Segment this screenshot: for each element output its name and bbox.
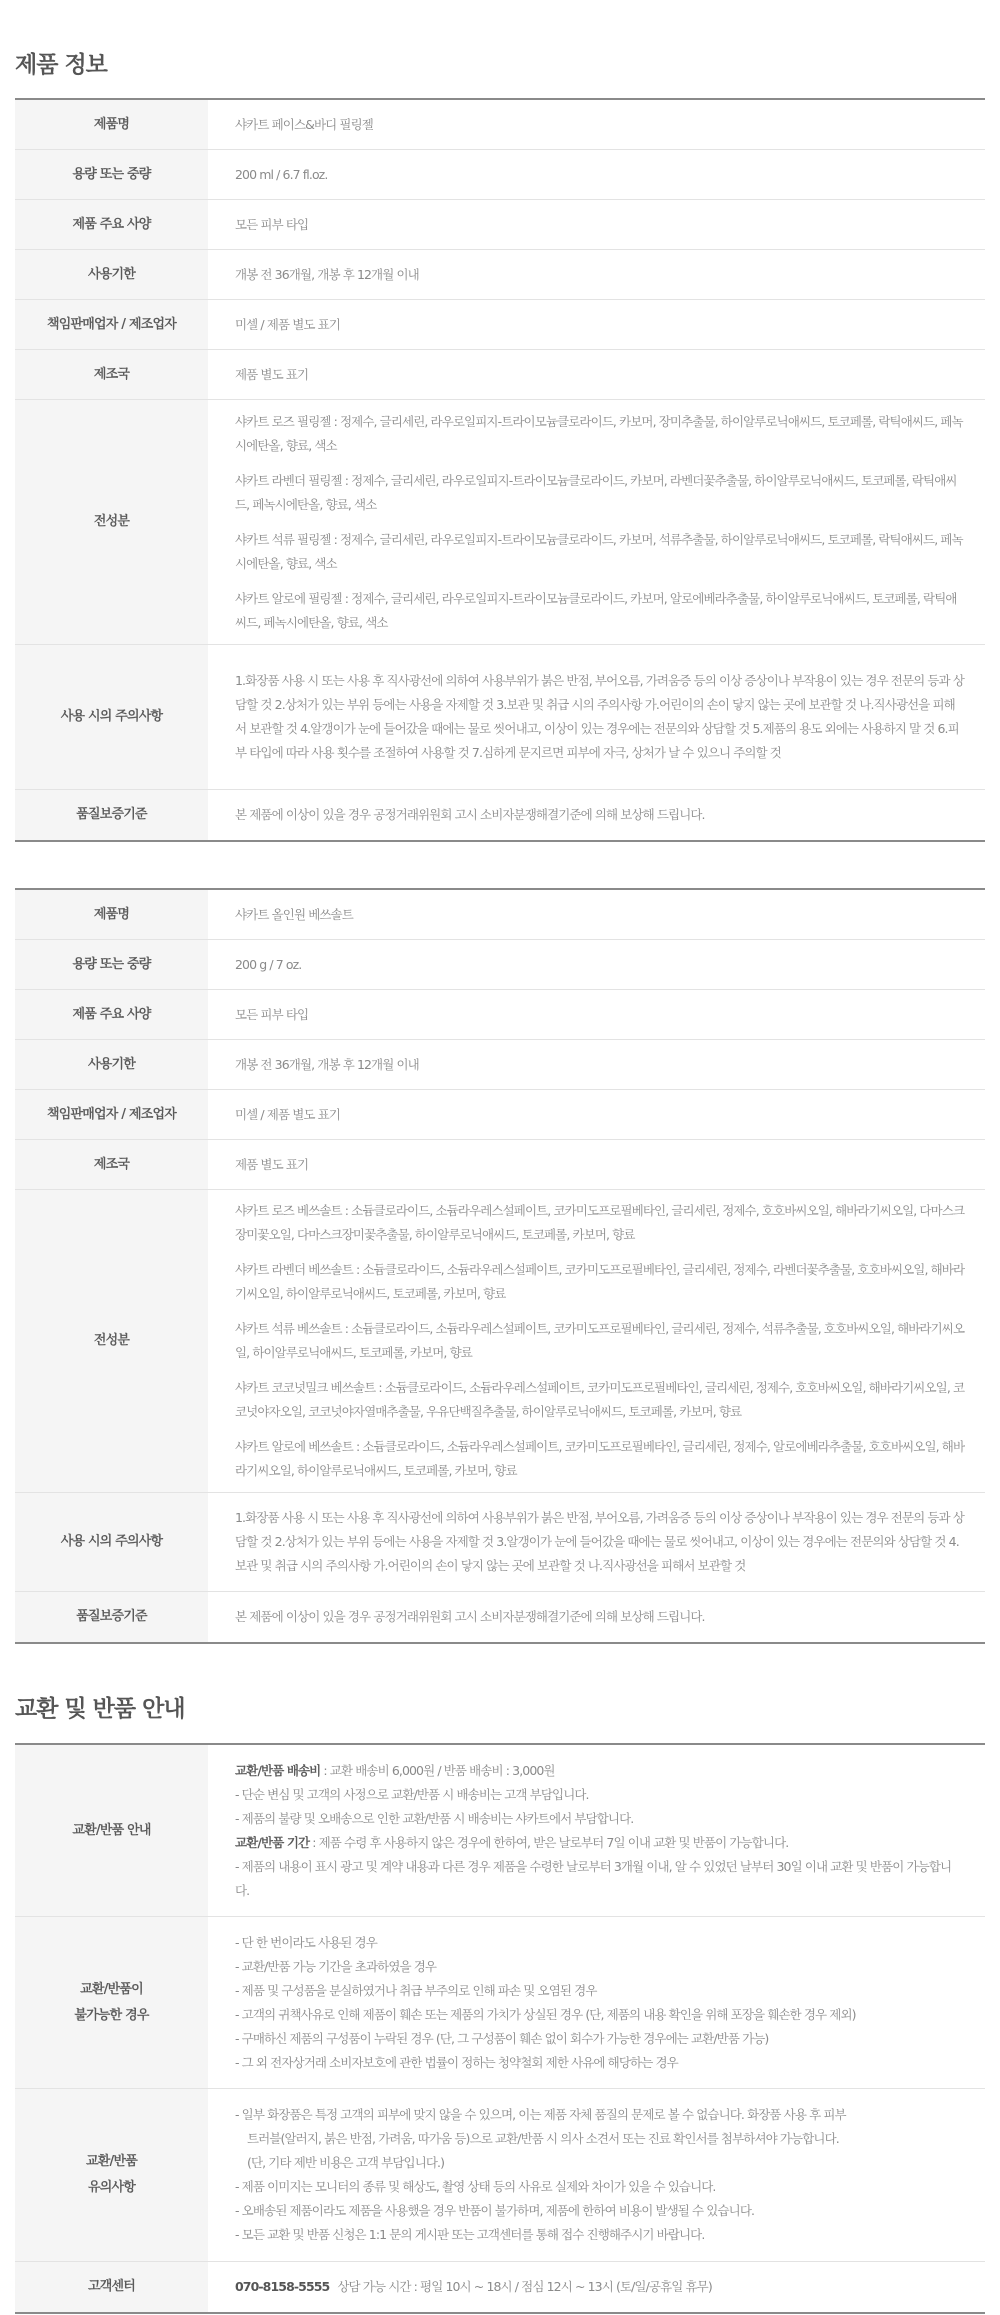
row-label: 사용 시의 주의사항 (15, 1493, 208, 1591)
row-label: 책임판매업자 / 제조업자 (15, 300, 208, 349)
ingredient-item: 샤카트 알로에 베쓰솔트 : 소듐클로라이드, 소듐라우레스설페이트, 코카미도… (235, 1435, 965, 1483)
warnings-row: 사용 시의 주의사항 1.화장품 사용 시 또는 사용 후 직사광선에 의하여 … (15, 645, 985, 790)
fee-text: : 교환 배송비 6,000원 / 반품 배송비 : 3,000원 (320, 1763, 554, 1778)
product-info-table-2: 제품명 샤카트 올인원 베쓰솔트 용량 또는 중량 200 g / 7 oz. … (15, 888, 985, 1644)
list-item: - 구매하신 제품의 구성품이 누락된 경우 (단, 그 구성품이 훼손 없이 … (235, 2027, 965, 2051)
row-value: 200 ml / 6.7 fl.oz. (208, 150, 985, 199)
list-item: - 그 외 전자상거래 소비자보호에 관한 법률이 정하는 청약철회 제한 사유… (235, 2051, 965, 2075)
not-allowed-row: 교환/반품이 불가능한 경우 - 단 한 번이라도 사용된 경우 - 교환/반품… (15, 1917, 985, 2089)
row-value: 제품 별도 표기 (208, 1140, 985, 1189)
row-value: 미셀 / 제품 별도 표기 (208, 300, 985, 349)
ingredients-row: 전성분 샤카트 로즈 필링젤 : 정제수, 글리세린, 라우로일피지-트라이모늄… (15, 400, 985, 645)
notes-list: - 일부 화장품은 특정 고객의 피부에 맞지 않을 수 있으며, 이는 제품 … (208, 2089, 985, 2261)
table-row: 사용기한 개봉 전 36개월, 개봉 후 12개월 이내 (15, 250, 985, 300)
exchange-guide-row: 교환/반품 안내 교환/반품 배송비 : 교환 배송비 6,000원 / 반품 … (15, 1745, 985, 1917)
row-label: 제품명 (15, 890, 208, 939)
fee-line: 교환/반품 배송비 : 교환 배송비 6,000원 / 반품 배송비 : 3,0… (235, 1759, 965, 1783)
ingredients-list: 샤카트 로즈 필링젤 : 정제수, 글리세린, 라우로일피지-트라이모늄클로라이… (208, 400, 985, 644)
row-label: 품질보증기준 (15, 790, 208, 840)
period-note: - 제품의 내용이 표시 광고 및 계약 내용과 다른 경우 제품을 수령한 날… (235, 1855, 965, 1903)
cs-hours: 상담 가능 시간 : 평일 10시 ~ 18시 / 점심 12시 ~ 13시 (… (337, 2275, 711, 2299)
row-value: 모든 피부 타입 (208, 200, 985, 249)
table-row: 제품명 샤카트 올인원 베쓰솔트 (15, 890, 985, 940)
quality-text: 본 제품에 이상이 있을 경우 공정거래위원회 고시 소비자분쟁해결기준에 의해… (208, 790, 985, 840)
label-line: 유의사항 (88, 2175, 135, 2201)
table-row: 책임판매업자 / 제조업자 미셀 / 제품 별도 표기 (15, 300, 985, 350)
row-label: 전성분 (15, 1190, 208, 1492)
row-value: 미셀 / 제품 별도 표기 (208, 1090, 985, 1139)
row-value: 200 g / 7 oz. (208, 940, 985, 989)
row-label: 품질보증기준 (15, 1592, 208, 1642)
row-value: 개봉 전 36개월, 개봉 후 12개월 이내 (208, 1040, 985, 1089)
period-text: : 제품 수령 후 사용하지 않은 경우에 한하여, 받은 날로부터 7일 이내… (309, 1835, 788, 1850)
row-label: 사용기한 (15, 250, 208, 299)
notes-row: 교환/반품 유의사항 - 일부 화장품은 특정 고객의 피부에 맞지 않을 수 … (15, 2089, 985, 2262)
row-label: 제품 주요 사양 (15, 990, 208, 1039)
ingredient-item: 샤카트 석류 베쓰솔트 : 소듐클로라이드, 소듐라우레스설페이트, 코카미도프… (235, 1317, 965, 1365)
table-row: 제품명 샤카트 페이스&바디 필링젤 (15, 100, 985, 150)
list-item: - 단 한 번이라도 사용된 경우 (235, 1931, 965, 1955)
list-item: - 고객의 귀책사유로 인해 제품이 훼손 또는 제품의 가치가 상실된 경우 … (235, 2003, 965, 2027)
ingredient-item: 샤카트 라벤더 필링젤 : 정제수, 글리세린, 라우로일피지-트라이모늄클로라… (235, 469, 965, 517)
row-label: 제품 주요 사양 (15, 200, 208, 249)
list-item: - 오배송된 제품이라도 제품을 사용했을 경우 반품이 불가하며, 제품에 한… (235, 2199, 965, 2223)
list-item: - 교환/반품 가능 기간을 초과하였을 경우 (235, 1955, 965, 1979)
table-row: 제조국 제품 별도 표기 (15, 350, 985, 400)
row-label: 책임판매업자 / 제조업자 (15, 1090, 208, 1139)
customer-center-row: 고객센터 070-8158-5555 상담 가능 시간 : 평일 10시 ~ 1… (15, 2262, 985, 2312)
section-title-exchange: 교환 및 반품 안내 (15, 1694, 185, 1724)
row-value: 제품 별도 표기 (208, 350, 985, 399)
row-label: 사용기한 (15, 1040, 208, 1089)
row-label: 사용 시의 주의사항 (15, 645, 208, 789)
product-info-table-1: 제품명 샤카트 페이스&바디 필링젤 용량 또는 중량 200 ml / 6.7… (15, 98, 985, 842)
not-allowed-list: - 단 한 번이라도 사용된 경우 - 교환/반품 가능 기간을 초과하였을 경… (208, 1917, 985, 2088)
quality-row: 품질보증기준 본 제품에 이상이 있을 경우 공정거래위원회 고시 소비자분쟁해… (15, 790, 985, 840)
table-row: 용량 또는 중량 200 ml / 6.7 fl.oz. (15, 150, 985, 200)
list-item: - 제품 및 구성품을 분실하였거나 취급 부주의로 인해 파손 및 오염된 경… (235, 1979, 965, 2003)
row-value: 모든 피부 타입 (208, 990, 985, 1039)
table-row: 제조국 제품 별도 표기 (15, 1140, 985, 1190)
row-value: 샤카트 페이스&바디 필링젤 (208, 100, 985, 149)
list-item-cont: 트러블(알러지, 붉은 반점, 가려움, 따가움 등)으로 교환/반품 시 의사… (235, 2127, 965, 2151)
table-row: 책임판매업자 / 제조업자 미셀 / 제품 별도 표기 (15, 1090, 985, 1140)
row-label: 용량 또는 중량 (15, 150, 208, 199)
warnings-row: 사용 시의 주의사항 1.화장품 사용 시 또는 사용 후 직사광선에 의하여 … (15, 1493, 985, 1592)
row-label: 용량 또는 중량 (15, 940, 208, 989)
list-item: - 일부 화장품은 특정 고객의 피부에 맞지 않을 수 있으며, 이는 제품 … (235, 2103, 965, 2127)
ingredient-item: 샤카트 라벤더 베쓰솔트 : 소듐클로라이드, 소듐라우레스설페이트, 코카미도… (235, 1258, 965, 1306)
quality-row: 품질보증기준 본 제품에 이상이 있을 경우 공정거래위원회 고시 소비자분쟁해… (15, 1592, 985, 1642)
row-label: 고객센터 (15, 2262, 208, 2312)
ingredient-item: 샤카트 알로에 필링젤 : 정제수, 글리세린, 라우로일피지-트라이모늄클로라… (235, 587, 965, 635)
list-item: - 모든 교환 및 반품 신청은 1:1 문의 게시판 또는 고객센터를 통해 … (235, 2223, 965, 2247)
fee-note: - 단순 변심 및 고객의 사정으로 교환/반품 시 배송비는 고객 부담입니다… (235, 1783, 965, 1807)
warnings-text: 1.화장품 사용 시 또는 사용 후 직사광선에 의하여 사용부위가 붉은 반점… (208, 1493, 985, 1591)
table-row: 사용기한 개봉 전 36개월, 개봉 후 12개월 이내 (15, 1040, 985, 1090)
list-item: - 제품 이미지는 모니터의 종류 및 해상도, 촬영 상태 등의 사유로 실제… (235, 2175, 965, 2199)
row-label: 교환/반품이 불가능한 경우 (15, 1917, 208, 2088)
table-row: 제품 주요 사양 모든 피부 타입 (15, 990, 985, 1040)
fee-note: - 제품의 불량 및 오배송으로 인한 교환/반품 시 배송비는 샤카트에서 부… (235, 1807, 965, 1831)
period-title: 교환/반품 기간 (235, 1835, 309, 1850)
row-label: 제품명 (15, 100, 208, 149)
row-label: 교환/반품 유의사항 (15, 2089, 208, 2261)
row-label: 제조국 (15, 350, 208, 399)
label-line: 교환/반품이 (80, 1977, 143, 2003)
row-value: 샤카트 올인원 베쓰솔트 (208, 890, 985, 939)
row-value: 개봉 전 36개월, 개봉 후 12개월 이내 (208, 250, 985, 299)
table-row: 용량 또는 중량 200 g / 7 oz. (15, 940, 985, 990)
ingredients-row: 전성분 샤카트 로즈 베쓰솔트 : 소듐클로라이드, 소듐라우레스설페이트, 코… (15, 1190, 985, 1493)
label-line: 교환/반품 (86, 2149, 137, 2175)
row-label: 교환/반품 안내 (15, 1745, 208, 1916)
ingredient-item: 샤카트 코코넛밀크 베쓰솔트 : 소듐클로라이드, 소듐라우레스설페이트, 코카… (235, 1376, 965, 1424)
exchange-table: 교환/반품 안내 교환/반품 배송비 : 교환 배송비 6,000원 / 반품 … (15, 1743, 985, 2314)
section-title-product-info: 제품 정보 (15, 50, 107, 80)
exchange-guide-content: 교환/반품 배송비 : 교환 배송비 6,000원 / 반품 배송비 : 3,0… (208, 1745, 985, 1916)
list-item-cont: (단, 기타 제반 비용은 고객 부담입니다.) (235, 2151, 965, 2175)
row-label: 제조국 (15, 1140, 208, 1189)
period-line: 교환/반품 기간 : 제품 수령 후 사용하지 않은 경우에 한하여, 받은 날… (235, 1831, 965, 1855)
warnings-text: 1.화장품 사용 시 또는 사용 후 직사광선에 의하여 사용부위가 붉은 반점… (208, 645, 985, 789)
table-row: 제품 주요 사양 모든 피부 타입 (15, 200, 985, 250)
customer-center-content: 070-8158-5555 상담 가능 시간 : 평일 10시 ~ 18시 / … (208, 2262, 985, 2312)
ingredient-item: 샤카트 로즈 필링젤 : 정제수, 글리세린, 라우로일피지-트라이모늄클로라이… (235, 410, 965, 458)
phone-number[interactable]: 070-8158-5555 (235, 2275, 329, 2299)
row-label: 전성분 (15, 400, 208, 644)
ingredient-item: 샤카트 로즈 베쓰솔트 : 소듐클로라이드, 소듐라우레스설페이트, 코카미도프… (235, 1199, 965, 1247)
fee-title: 교환/반품 배송비 (235, 1763, 320, 1778)
ingredient-item: 샤카트 석류 필링젤 : 정제수, 글리세린, 라우로일피지-트라이모늄클로라이… (235, 528, 965, 576)
ingredients-list: 샤카트 로즈 베쓰솔트 : 소듐클로라이드, 소듐라우레스설페이트, 코카미도프… (208, 1190, 985, 1492)
label-line: 불가능한 경우 (74, 2003, 148, 2029)
quality-text: 본 제품에 이상이 있을 경우 공정거래위원회 고시 소비자분쟁해결기준에 의해… (208, 1592, 985, 1642)
